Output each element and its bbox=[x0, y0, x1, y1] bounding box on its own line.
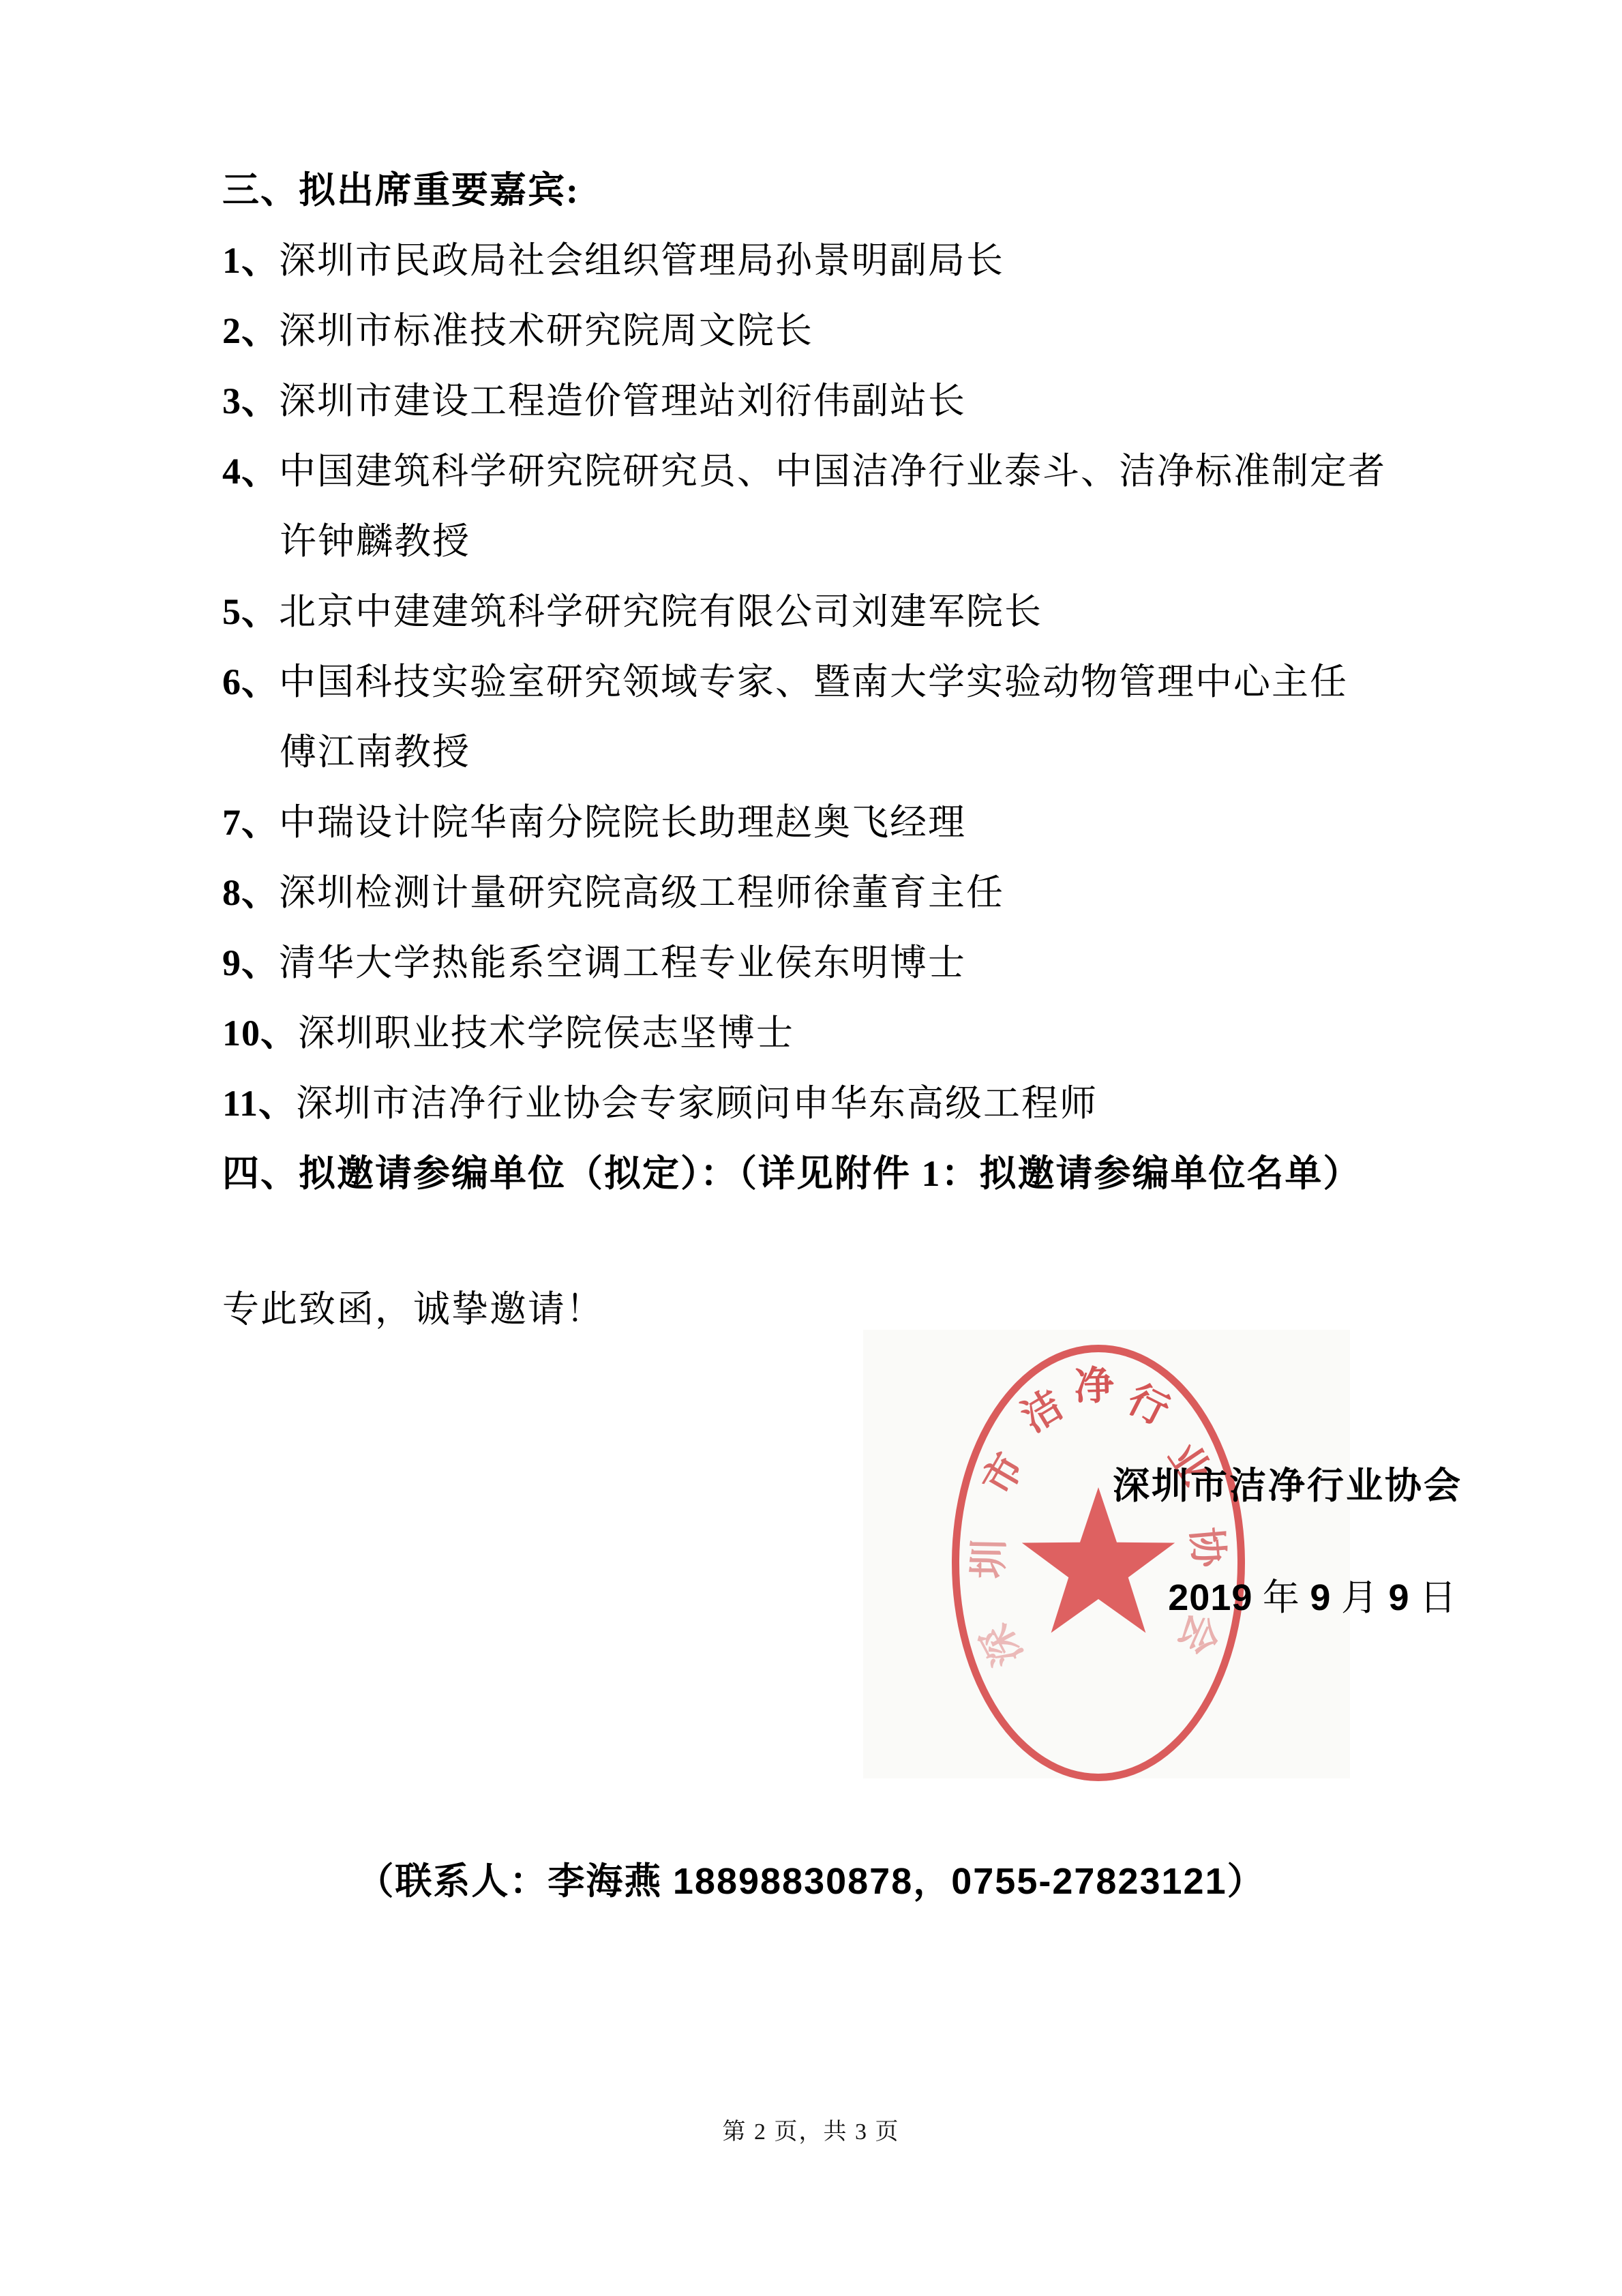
date-year: 2019 bbox=[1168, 1577, 1252, 1618]
guest-item-8: 8、深圳检测计量研究院高级工程师徐董育主任 bbox=[222, 858, 1426, 928]
item-number: 2、 bbox=[222, 310, 279, 351]
guest-item-6-continued: 傅江南教授 bbox=[222, 717, 1426, 788]
guest-item-5: 5、北京中建建筑科学研究院有限公司刘建军院长 bbox=[222, 577, 1426, 647]
item-number: 5、 bbox=[222, 591, 279, 632]
contact-line: （联系人：李海燕 18898830878，0755-27823121） bbox=[0, 1852, 1622, 1905]
contact-suffix: ） bbox=[1227, 1861, 1265, 1902]
item-number: 9、 bbox=[222, 942, 279, 983]
seal-char: 协 bbox=[1186, 1526, 1229, 1569]
guest-item-11: 11、深圳市洁净行业协会专家顾问申华东高级工程师 bbox=[222, 1069, 1426, 1139]
section-4-heading: 四、拟邀请参编单位（拟定）：（详见附件 1：拟邀请参编单位名单） bbox=[222, 1139, 1426, 1209]
contact-phone-landline: 0755-27823121 bbox=[951, 1861, 1227, 1902]
date-year-label: 年 bbox=[1252, 1577, 1310, 1618]
guest-item-4: 4、中国建筑科学研究院研究员、中国洁净行业泰斗、洁净标准制定者 bbox=[222, 436, 1426, 507]
item-number: 1、 bbox=[222, 240, 279, 281]
item-text: 傅江南教授 bbox=[280, 732, 470, 773]
item-text: 中国建筑科学研究院研究员、中国洁净行业泰斗、洁净标准制定者 bbox=[279, 451, 1386, 492]
guest-item-9: 9、清华大学热能系空调工程专业侯东明博士 bbox=[222, 928, 1426, 998]
date-day-label: 日 bbox=[1410, 1577, 1458, 1618]
item-number: 8、 bbox=[222, 872, 279, 913]
guest-item-4-continued: 许钟麟教授 bbox=[222, 507, 1426, 577]
date-month: 9 bbox=[1310, 1577, 1331, 1618]
contact-prefix: （联系人：李海燕 bbox=[357, 1861, 673, 1902]
item-text: 清华大学热能系空调工程专业侯东明博士 bbox=[279, 942, 966, 983]
item-number: 3、 bbox=[222, 381, 279, 421]
item-text: 深圳职业技术学院侯志坚博士 bbox=[298, 1013, 794, 1054]
item-text: 北京中建建筑科学研究院有限公司刘建军院长 bbox=[279, 591, 1042, 632]
date-month-label: 月 bbox=[1331, 1577, 1388, 1618]
item-text: 许钟麟教授 bbox=[280, 521, 470, 562]
item-text: 深圳市建设工程造价管理站刘衍伟副站长 bbox=[279, 381, 966, 421]
guest-item-3: 3、深圳市建设工程造价管理站刘衍伟副站长 bbox=[222, 366, 1426, 436]
item-number: 10、 bbox=[222, 1013, 298, 1054]
guest-item-7: 7、中瑞设计院华南分院院长助理赵奥飞经理 bbox=[222, 788, 1426, 858]
item-text: 深圳市民政局社会组织管理局孙景明副局长 bbox=[279, 240, 1004, 281]
item-text: 中国科技实验室研究领域专家、暨南大学实验动物管理中心主任 bbox=[279, 661, 1348, 702]
contact-separator: ， bbox=[913, 1861, 951, 1902]
item-text: 深圳检测计量研究院高级工程师徐董育主任 bbox=[279, 872, 1004, 913]
page-number-footer: 第 2 页，共 3 页 bbox=[0, 2113, 1622, 2146]
item-number: 11、 bbox=[222, 1083, 296, 1124]
contact-phone-mobile: 18898830878 bbox=[673, 1861, 913, 1902]
seal-char: 圳 bbox=[969, 1538, 1009, 1579]
item-number: 6、 bbox=[222, 661, 279, 702]
section-3-heading: 三、拟出席重要嘉宾: bbox=[222, 155, 1426, 226]
official-seal: 深 圳 市 洁 净 行 业 协 会 bbox=[952, 1345, 1245, 1781]
item-number: 7、 bbox=[222, 802, 279, 843]
date-day: 9 bbox=[1388, 1577, 1409, 1618]
guest-item-10: 10、深圳职业技术学院侯志坚博士 bbox=[222, 998, 1426, 1069]
document-page: 三、拟出席重要嘉宾: 1、深圳市民政局社会组织管理局孙景明副局长 2、深圳市标准… bbox=[0, 0, 1622, 2296]
guest-item-1: 1、深圳市民政局社会组织管理局孙景明副局长 bbox=[222, 226, 1426, 296]
signature-date: 2019 年 9 月 9 日 bbox=[1168, 1568, 1457, 1621]
item-number: 4、 bbox=[222, 451, 279, 492]
item-text: 中瑞设计院华南分院院长助理赵奥飞经理 bbox=[279, 802, 966, 843]
item-text: 深圳市洁净行业协会专家顾问申华东高级工程师 bbox=[296, 1083, 1098, 1124]
signature-organization: 深圳市洁净行业协会 bbox=[1113, 1457, 1462, 1509]
seal-char: 净 bbox=[1074, 1366, 1115, 1407]
document-body: 三、拟出席重要嘉宾: 1、深圳市民政局社会组织管理局孙景明副局长 2、深圳市标准… bbox=[222, 155, 1426, 1345]
item-text: 深圳市标准技术研究院周文院长 bbox=[279, 310, 813, 351]
guest-item-2: 2、深圳市标准技术研究院周文院长 bbox=[222, 296, 1426, 366]
guest-item-6: 6、中国科技实验室研究领域专家、暨南大学实验动物管理中心主任 bbox=[222, 647, 1426, 717]
